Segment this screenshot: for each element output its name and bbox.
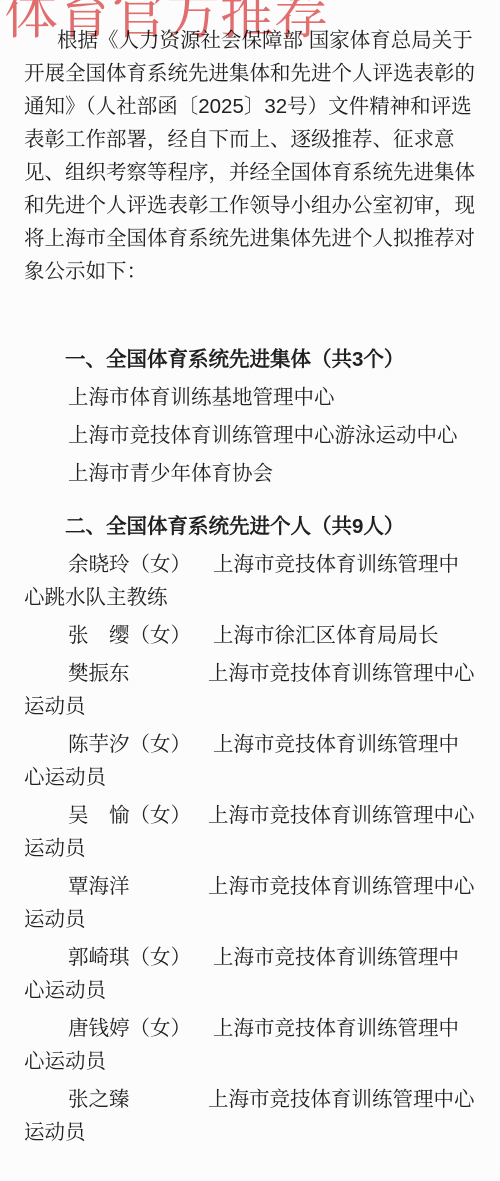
section-heading-1: 一、全国体育系统先进集体（共3个）: [24, 343, 476, 376]
person-name: 唐钱婷（女）: [68, 1012, 213, 1045]
person-name: 樊振东: [68, 657, 208, 690]
person-name: 覃海洋: [68, 870, 208, 903]
person-name: 余晓玲（女）: [68, 548, 213, 581]
person-name: 陈芋汐（女）: [68, 728, 213, 761]
person-name: 张之臻: [68, 1083, 208, 1116]
person-entry: 唐钱婷（女）上海市竞技体育训练管理中心运动员: [24, 1012, 476, 1078]
person-entry: 覃海洋上海市竞技体育训练管理中心运动员: [24, 870, 476, 936]
collective-item: 上海市体育训练基地管理中心: [24, 381, 476, 414]
person-entry: 陈芋汐（女）上海市竞技体育训练管理中心运动员: [24, 728, 476, 794]
person-name: 吴 愉（女）: [68, 799, 208, 832]
person-entry: 吴 愉（女）上海市竞技体育训练管理中心运动员: [24, 799, 476, 865]
person-title: 上海市徐汇区体育局局长: [213, 624, 439, 647]
collective-item: 上海市青少年体育协会: [24, 457, 476, 490]
person-name: 张 缨（女）: [68, 619, 213, 652]
person-entry: 樊振东上海市竞技体育训练管理中心运动员: [24, 657, 476, 723]
sections: 一、全国体育系统先进集体（共3个）上海市体育训练基地管理中心上海市竞技体育训练管…: [24, 343, 476, 1149]
section-heading-2: 二、全国体育系统先进个人（共9人）: [24, 510, 476, 543]
collective-item: 上海市竞技体育训练管理中心游泳运动中心: [24, 419, 476, 452]
person-entry: 张 缨（女）上海市徐汇区体育局局长: [24, 619, 476, 652]
intro-paragraph: 根据《人力资源社会保障部 国家体育总局关于开展全国体育系统先进集体和先进个人评选…: [24, 24, 476, 288]
person-entry: 张之臻上海市竞技体育训练管理中心运动员: [24, 1083, 476, 1149]
announcement-page: { "watermark": { "text": "体育官方推荐", "colo…: [0, 0, 500, 1181]
person-name: 郭崎琪（女）: [68, 941, 213, 974]
person-entry: 郭崎琪（女）上海市竞技体育训练管理中心运动员: [24, 941, 476, 1007]
person-entry: 余晓玲（女）上海市竞技体育训练管理中心跳水队主教练: [24, 548, 476, 614]
document-body: 根据《人力资源社会保障部 国家体育总局关于开展全国体育系统先进集体和先进个人评选…: [0, 0, 500, 1149]
